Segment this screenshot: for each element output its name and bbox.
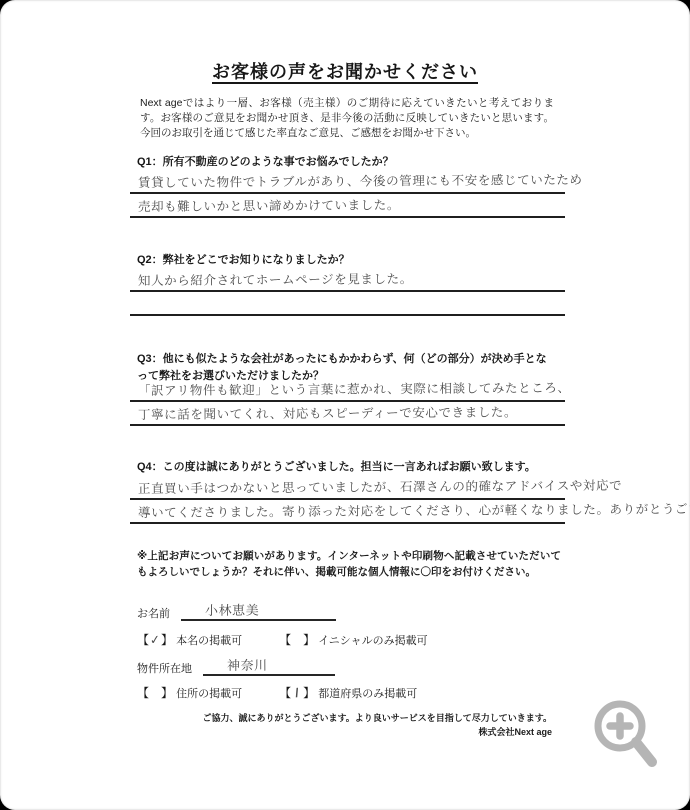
bracket-close: 】 — [303, 686, 315, 700]
bracket-open: 【 — [279, 633, 291, 647]
answer-line: 「訳アリ物件も歓迎」という言葉に惹かれ、実際に相談してみたところ、 — [130, 378, 565, 402]
bracket-open: 【 — [137, 686, 149, 700]
answer-line: 丁寧に話を聞いてくれ、対応もスピーディーで安心できました。 — [130, 402, 565, 426]
location-publication-options: 【 】 住所の掲載可 【/】 都道府県のみ掲載可 — [137, 684, 417, 701]
question-1-label: Q1：所有不動産のどのような事でお悩みでしたか？ — [137, 154, 557, 171]
question-1-answer: 賃貸していた物件でトラブルがあり、今後の管理にも不安を感じていたため 売却も難し… — [130, 170, 565, 218]
name-field-label: お名前 — [137, 608, 170, 620]
answer-line: 売却も難しいかと思い諦めかけていました。 — [130, 194, 565, 218]
checkbox-real-name-ok: 【✓】 本名の掲載可 — [137, 631, 242, 648]
name-publication-options: 【✓】 本名の掲載可 【 】 イニシャルのみ掲載可 — [137, 631, 428, 648]
zoom-in-button[interactable] — [591, 697, 663, 775]
checkbox-label: イニシャルのみ掲載可 — [318, 635, 427, 647]
question-2-label: Q2：弊社をどこでお知りになりましたか？ — [137, 252, 557, 269]
bracket-open: 【 — [279, 686, 291, 700]
footer-thanks-text: ご協力、誠にありがとうございます。より良いサービスを目指して尽力していきます。 — [140, 712, 552, 726]
handwritten-answer-text: 「訳アリ物件も歓迎」という言葉に惹かれ、実際に相談してみたところ、 — [138, 378, 571, 399]
answer-line — [130, 292, 565, 316]
handwritten-answer-text: 丁寧に話を聞いてくれ、対応もスピーディーで安心できました。 — [138, 402, 517, 423]
checkbox-prefecture-only: 【/】 都道府県のみ掲載可 — [279, 684, 417, 701]
bracket-open: 【 — [137, 633, 149, 647]
handwritten-check-mark: ✓ — [148, 631, 162, 647]
checkbox-address-ok: 【 】 住所の掲載可 — [137, 684, 242, 701]
question-3-answer: 「訳アリ物件も歓迎」という言葉に惹かれ、実際に相談してみたところ、 丁寧に話を聞… — [130, 378, 565, 426]
checkbox-label: 住所の掲載可 — [176, 688, 242, 700]
bracket-close: 】 — [303, 633, 315, 647]
handwritten-check-mark — [149, 696, 161, 697]
handwritten-answer-text: 売却も難しいかと思い諦めかけていました。 — [138, 195, 400, 215]
company-name: 株式会社Next age — [140, 726, 552, 740]
property-location-row: 物件所在地 神奈川 — [137, 657, 335, 676]
handwritten-answer-text: 正直買い手はつかないと思っていましたが、石澤さんの的確なアドバイスや対応で — [138, 476, 622, 497]
bracket-close: 】 — [161, 633, 173, 647]
form-intro-text: Next ageではより一層、お客様（売主様）のご期待に応えていきたいと考えてお… — [140, 96, 554, 142]
name-fill-line: 小林恵美 — [181, 602, 336, 621]
location-fill-line: 神奈川 — [203, 657, 335, 676]
handwritten-location: 神奈川 — [227, 655, 268, 674]
answer-line: 正直買い手はつかないと思っていましたが、石澤さんの的確なアドバイスや対応で — [130, 476, 565, 500]
bracket-close: 】 — [161, 686, 173, 700]
publication-consent-note: ※上記お声についてお願いがあります。インターネットや印刷物へ記載させていただいて… — [137, 549, 561, 581]
answer-line: 知人から紹介されてホームページを見ました。 — [130, 268, 565, 292]
name-field-row: お名前 小林恵美 — [137, 602, 336, 621]
answer-line: 導いてくださりました。寄り添った対応をしてくださり、心が軽くなりました。ありがと… — [130, 500, 565, 524]
question-4-label: Q4：この度は誠にありがとうございました。担当に一言あればお願い致します。 — [137, 459, 557, 476]
form-title: お客様の声をお聞かせください — [0, 58, 690, 84]
handwritten-name: 小林恵美 — [205, 600, 260, 619]
answer-line: 賃貸していた物件でトラブルがあり、今後の管理にも不安を感じていたため — [130, 170, 565, 194]
question-4-answer: 正直買い手はつかないと思っていましたが、石澤さんの的確なアドバイスや対応で 導い… — [130, 476, 565, 524]
scanned-feedback-form: お客様の声をお聞かせください Next ageではより一層、お客様（売主様）のご… — [0, 0, 690, 810]
checkbox-initials-only: 【 】 イニシャルのみ掲載可 — [279, 631, 427, 648]
location-field-label: 物件所在地 — [137, 663, 192, 675]
handwritten-check-mark — [291, 643, 303, 644]
handwritten-check-mark: / — [290, 685, 303, 700]
form-footer: ご協力、誠にありがとうございます。より良いサービスを目指して尽力していきます。 … — [140, 712, 552, 740]
handwritten-answer-text: 知人から紹介されてホームページを見ました。 — [138, 269, 413, 289]
handwritten-answer-text: 賃貸していた物件でトラブルがあり、今後の管理にも不安を感じていたため — [138, 170, 583, 191]
handwritten-answer-text: 導いてくださりました。寄り添った対応をしてくださり、心が軽くなりました。ありがと… — [138, 499, 690, 521]
checkbox-label: 都道府県のみ掲載可 — [318, 688, 417, 700]
zoom-in-icon — [591, 697, 663, 775]
checkbox-label: 本名の掲載可 — [176, 635, 242, 647]
question-2-answer: 知人から紹介されてホームページを見ました。 — [130, 268, 565, 316]
